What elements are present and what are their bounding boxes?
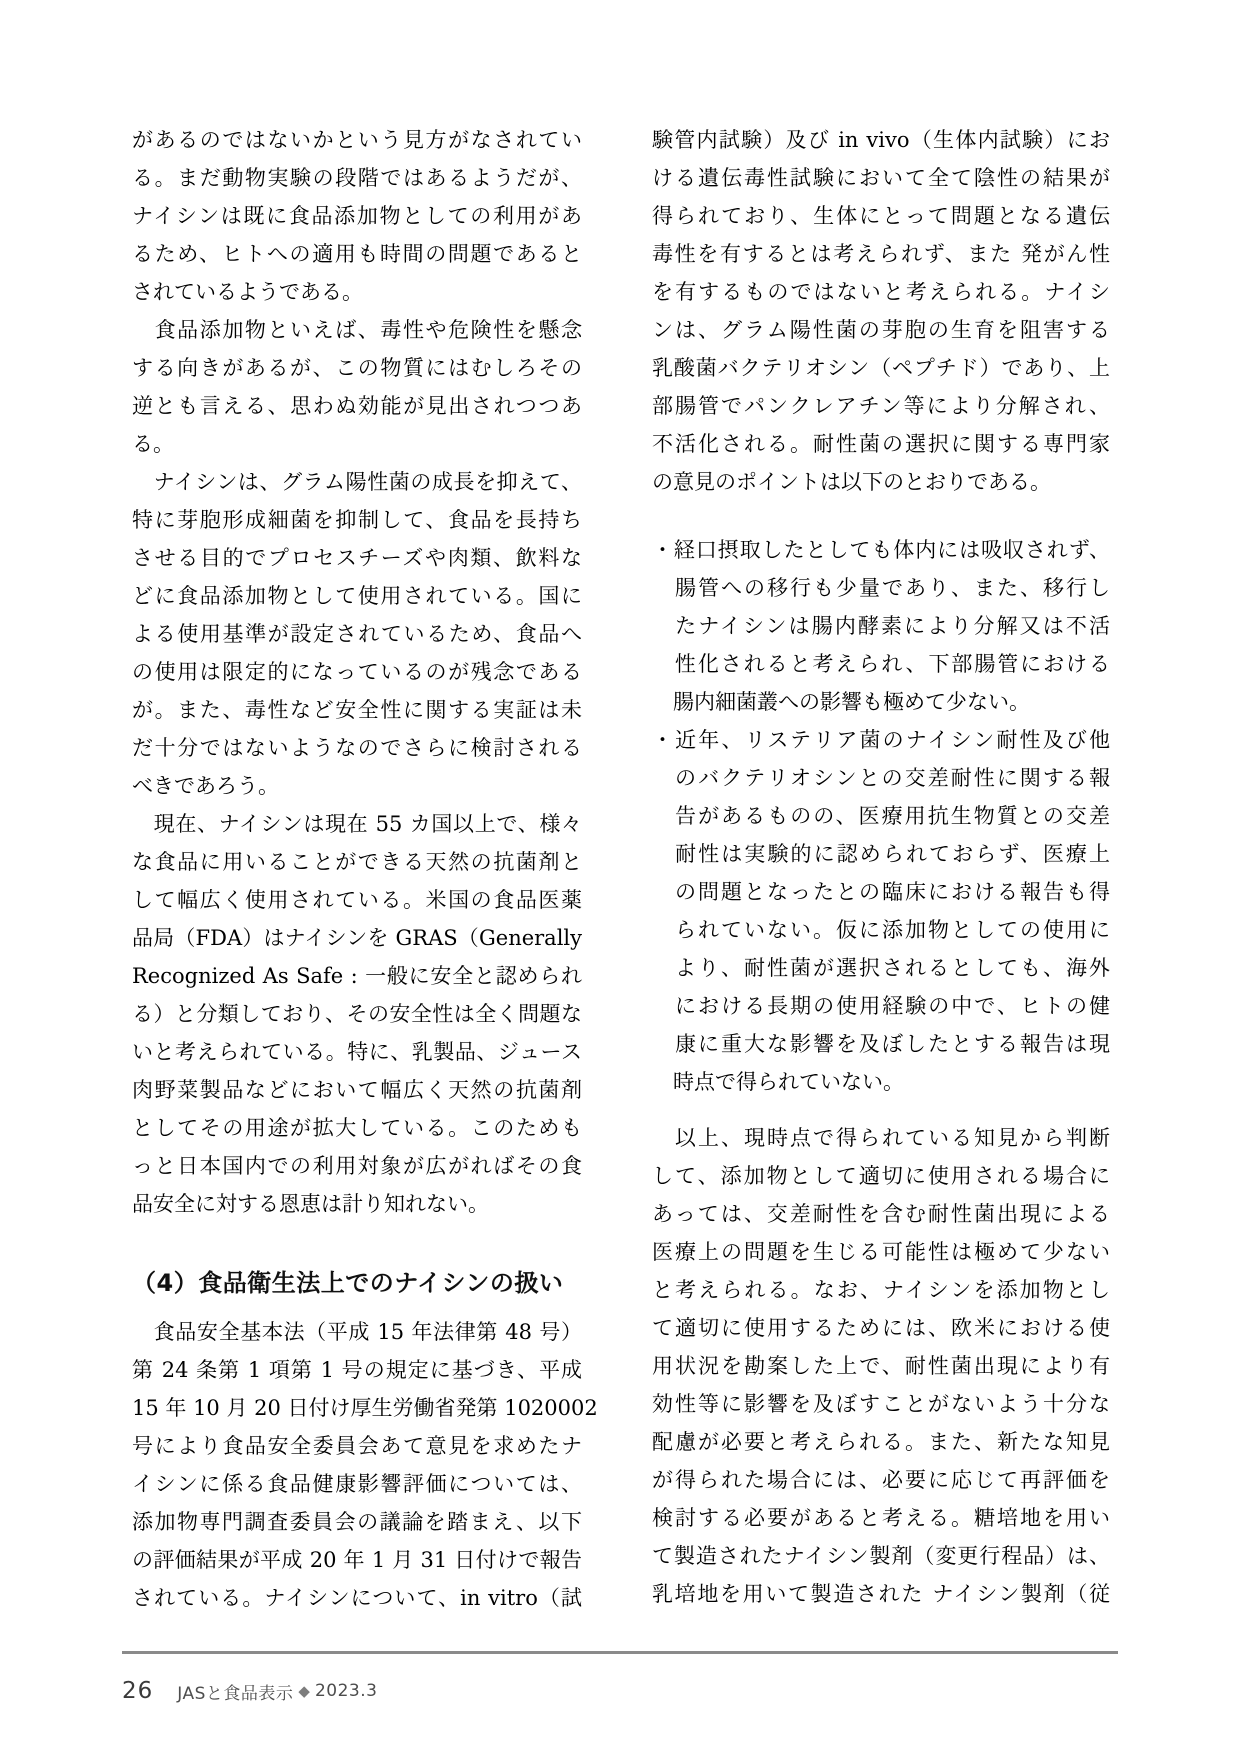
text-line: を有するものではないと考えられる。ナイシ [652,273,1110,311]
text-line: ナイシンは既に食品添加物としての利用があ [132,197,582,235]
issue-date: 2023.3 [315,1681,377,1701]
text-line: における長期の使用経験の中で、ヒトの健 [652,987,1110,1025]
text-line: ナイシンは、グラム陽性菌の成長を抑えて、 [132,463,582,501]
text-line: 逆とも言える、思わぬ効能が見出されつつあ [132,387,582,425]
text-line: 品局（FDA）はナイシンを GRAS（Generally [132,919,582,957]
footer-divider [122,1651,1118,1654]
text-line: させる目的でプロセスチーズや肉類、飲料な [132,539,582,577]
text-line: 配慮が必要と考えられる。また、新たな知見 [652,1423,1110,1461]
section-heading: （4）食品衛生法上でのナイシンの扱い [132,1261,582,1305]
text-line: 特に芽胞形成細菌を抑制して、食品を長持ち [132,501,582,539]
text-line: 品安全に対する恩恵は計り知れない。 [132,1185,582,1223]
text-line: が。また、毒性など安全性に関する実証は未 [132,691,582,729]
text-line: が得られた場合には、必要に応じて再評価を [652,1461,1110,1499]
page-footer: 26 JASと食品表示 ◆ 2023.3 [122,1678,377,1704]
text-line: して幅広く使用されている。米国の食品医薬 [132,881,582,919]
paragraph: 験管内試験）及び in vivo（生体内試験）における遺伝毒性試験において全て陰… [652,121,1110,501]
paragraph: 以上、現時点で得られている知見から判断して、添加物として適切に使用される場合にあ… [652,1119,1110,1613]
text-line: 性化されると考えられ、下部腸管における [652,645,1110,683]
text-line: イシンに係る食品健康影響評価については、 [132,1465,582,1503]
text-line: の意見のポイントは以下のとおりである。 [652,463,1110,501]
text-line: ・経口摂取したとしても体内には吸収されず、 [652,531,1110,569]
document-page: があるのではないかという見方がなされている。まだ動物実験の段階ではあるようだが、… [0,0,1241,1754]
text-line: ンは、グラム陽性菌の芽胞の生育を阻害する [652,311,1110,349]
paragraph: があるのではないかという見方がなされている。まだ動物実験の段階ではあるようだが、… [132,121,582,311]
text-line: の問題となったとの臨床における報告も得 [652,873,1110,911]
text-line: ける遺伝毒性試験において全て陰性の結果が [652,159,1110,197]
text-line: 康に重大な影響を及ぼしたとする報告は現 [652,1025,1110,1063]
text-line: 乳培地を用いて製造された ナイシン製剤（従 [652,1575,1110,1613]
paragraph: 食品添加物といえば、毒性や危険性を懸念する向きがあるが、この物質にはむしろその逆… [132,311,582,463]
journal-title: JASと食品表示 [177,1679,293,1704]
diamond-icon: ◆ [298,1682,310,1700]
text-line: 耐性は実験的に認められておらず、医療上 [652,835,1110,873]
text-line: 検討する必要があると考える。糖培地を用い [652,1499,1110,1537]
text-line: 医療上の問題を生じる可能性は極めて少ない [652,1233,1110,1271]
text-line: 部腸管でパンクレアチン等により分解され、 [652,387,1110,425]
right-column: 験管内試験）及び in vivo（生体内試験）における遺伝毒性試験において全て陰… [652,121,1110,1613]
paragraph: ・経口摂取したとしても体内には吸収されず、 腸管への移行も少量であり、また、移行… [652,531,1110,721]
text-line: どに食品添加物として使用されている。国に [132,577,582,615]
text-line: があるのではないかという見方がなされてい [132,121,582,159]
text-line: 効性等に影響を及ぼすことがないよう十分な [652,1385,1110,1423]
text-line: な食品に用いることができる天然の抗菌剤と [132,843,582,881]
text-line: ・近年、リステリア菌のナイシン耐性及び他 [652,721,1110,759]
text-line: 験管内試験）及び in vivo（生体内試験）にお [652,121,1110,159]
paragraph: ナイシンは、グラム陽性菌の成長を抑えて、特に芽胞形成細菌を抑制して、食品を長持ち… [132,463,582,805]
page-number: 26 [122,1678,153,1704]
text-line: の評価結果が平成 20 年 1 月 31 日付けで報告 [132,1541,582,1579]
text-line: 得られており、生体にとって問題となる遺伝 [652,197,1110,235]
text-line: としてその用途が拡大している。このためも [132,1109,582,1147]
text-line: 時点で得られていない。 [652,1063,1110,1101]
text-line: より、耐性菌が選択されるとしても、海外 [652,949,1110,987]
text-line: 食品添加物といえば、毒性や危険性を懸念 [132,311,582,349]
text-line: る）と分類しており、その安全性は全く問題な [132,995,582,1033]
text-line: と考えられる。なお、ナイシンを添加物とし [652,1271,1110,1309]
text-line: 肉野菜製品などにおいて幅広く天然の抗菌剤 [132,1071,582,1109]
paragraph: 食品安全基本法（平成 15 年法律第 48 号）第 24 条第 1 項第 1 号… [132,1313,582,1617]
text-line: 用状況を勘案した上で、耐性菌出現により有 [652,1347,1110,1385]
text-line: 告があるものの、医療用抗生物質との交差 [652,797,1110,835]
paragraph: ・近年、リステリア菌のナイシン耐性及び他 のバクテリオシンとの交差耐性に関する報… [652,721,1110,1101]
text-line: あっては、交差耐性を含む耐性菌出現による [652,1195,1110,1233]
text-line: する向きがあるが、この物質にはむしろその [132,349,582,387]
text-line: たナイシンは腸内酵素により分解又は不活 [652,607,1110,645]
text-line: 号により食品安全委員会あて意見を求めたナ [132,1427,582,1465]
text-line: 不活化される。耐性菌の選択に関する専門家 [652,425,1110,463]
text-line: されている。ナイシンについて、in vitro（試 [132,1579,582,1617]
text-line: 現在、ナイシンは現在 55 カ国以上で、様々 [132,805,582,843]
paragraph: 現在、ナイシンは現在 55 カ国以上で、様々な食品に用いることができる天然の抗菌… [132,805,582,1223]
text-line: されているようである。 [132,273,582,311]
left-column: があるのではないかという見方がなされている。まだ動物実験の段階ではあるようだが、… [132,121,582,1617]
text-line: いと考えられている。特に、乳製品、ジュース [132,1033,582,1071]
text-line: 食品安全基本法（平成 15 年法律第 48 号） [132,1313,582,1351]
text-line: べきであろう。 [132,767,582,805]
text-line: よる使用基準が設定されているため、食品へ [132,615,582,653]
text-line: て適切に使用するためには、欧米における使 [652,1309,1110,1347]
text-line: 腸管への移行も少量であり、また、移行し [652,569,1110,607]
text-line: 添加物専門調査委員会の議論を踏まえ、以下 [132,1503,582,1541]
text-line: て製造されたナイシン製剤（変更行程品）は、 [652,1537,1110,1575]
text-line: る。まだ動物実験の段階ではあるようだが、 [132,159,582,197]
text-line: られていない。仮に添加物としての使用に [652,911,1110,949]
text-line: のバクテリオシンとの交差耐性に関する報 [652,759,1110,797]
text-line: の使用は限定的になっているのが残念である [132,653,582,691]
text-line: 15 年 10 月 20 日付け厚生労働省発第 1020002 [132,1389,582,1427]
text-line: 第 24 条第 1 項第 1 号の規定に基づき、平成 [132,1351,582,1389]
text-line: 腸内細菌叢への影響も極めて少ない。 [652,683,1110,721]
text-line: して、添加物として適切に使用される場合に [652,1157,1110,1195]
text-line: 毒性を有するとは考えられず、また 発がん性 [652,235,1110,273]
text-line: るため、ヒトへの適用も時間の問題であると [132,235,582,273]
text-line: 以上、現時点で得られている知見から判断 [652,1119,1110,1157]
text-line: Recognized As Safe : 一般に安全と認められ [132,957,582,995]
text-line: 乳酸菌バクテリオシン（ペプチド）であり、上 [652,349,1110,387]
text-line: だ十分ではないようなのでさらに検討される [132,729,582,767]
text-line: っと日本国内での利用対象が広がればその食 [132,1147,582,1185]
text-line: る。 [132,425,582,463]
